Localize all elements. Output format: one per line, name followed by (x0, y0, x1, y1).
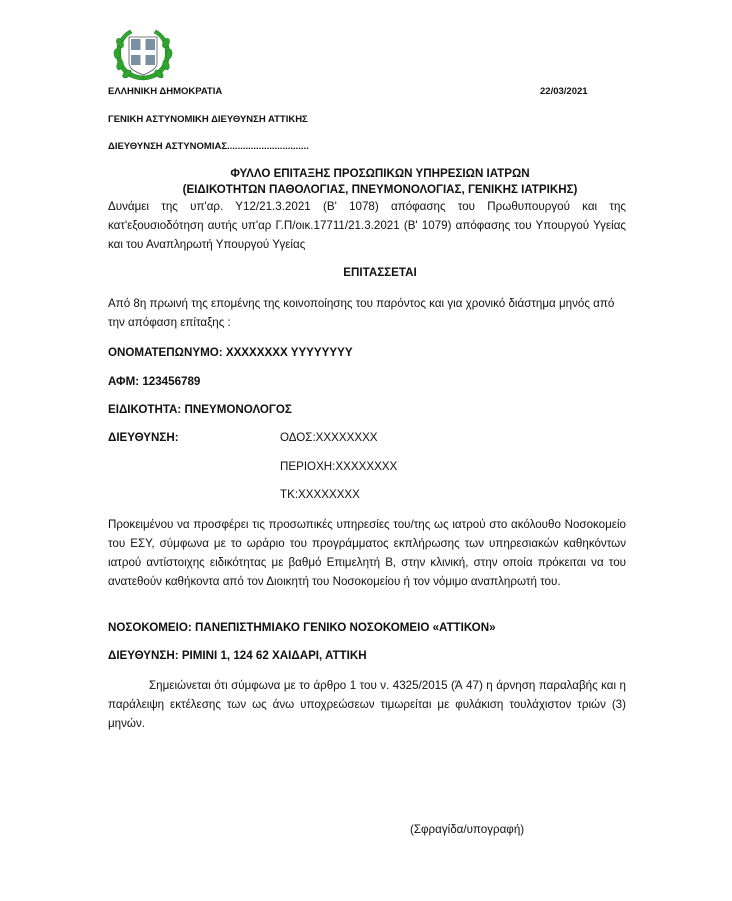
coat-of-arms-emblem (112, 27, 174, 83)
order-heading: ΕΠΙΤΑΣΣΕΤΑΙ (100, 266, 660, 279)
order-intro-paragraph: Από 8η πρωινή της επομένης της κοινοποίη… (108, 294, 633, 332)
penalty-note-paragraph: Σημειώνεται ότι σύμφωνα με το άρθρο 1 το… (108, 676, 626, 733)
name-label: ΟΝΟΜΑΤΕΠΩΝΥΜΟ: (108, 346, 223, 359)
preamble-paragraph: Δυνάμει της υπ'αρ. Υ12/21.3.2021 (Β' 107… (108, 197, 626, 254)
hospital-label: ΝΟΣΟΚΟΜΕΙΟ: (108, 621, 192, 634)
specialty-label: ΕΙΔΙΚΟΤΗΤΑ: (108, 403, 181, 416)
address-area: ΠΕΡΙΟΧΗ:XXXXXXXX (280, 460, 397, 473)
greek-emblem-icon (112, 27, 174, 83)
hospital-field: ΝΟΣΟΚΟΜΕΙΟ: ΠΑΝΕΠΙΣΤΗΜΙΑΚΟ ΓΕΝΙΚΟ ΝΟΣΟΚΟ… (108, 621, 496, 634)
afm-value: 123456789 (142, 375, 200, 388)
address-street: ΟΔΟΣ:XXXXXXXX (280, 431, 378, 444)
person-afm-field: ΑΦΜ: 123456789 (108, 375, 200, 388)
address-zip: ΤΚ:XXXXXXXX (280, 488, 360, 501)
name-value: XXXXXXXX YYYYYYYY (226, 346, 353, 359)
person-name-field: ΟΝΟΜΑΤΕΠΩΝΥΜΟ: XXXXXXXX YYYYYYYY (108, 346, 353, 359)
directorate-label: ΔΙΕΥΘΥΝΣΗ ΑΣΤΥΝΟΜΙΑΣ....................… (108, 141, 309, 152)
person-specialty-field: ΕΙΔΙΚΟΤΗΤΑ: ΠΝΕΥΜΟΝΟΛΟΓΟΣ (108, 403, 292, 416)
specialty-value: ΠΝΕΥΜΟΝΟΛΟΓΟΣ (185, 403, 292, 416)
afm-label: ΑΦΜ: (108, 375, 139, 388)
hospital-value: ΠΑΝΕΠΙΣΤΗΜΙΑΚΟ ΓΕΝΙΚΟ ΝΟΣΟΚΟΜΕΙΟ «ΑΤΤΙΚΟ… (195, 621, 496, 634)
signature-placeholder: (Σφραγίδα/υπογραφή) (410, 823, 524, 836)
title-line-1: ΦΥΛΛΟ ΕΠΙΤΑΞΗΣ ΠΡΟΣΩΠΙΚΩΝ ΥΠΗΡΕΣΙΩΝ ΙΑΤΡ… (100, 166, 660, 182)
purpose-paragraph: Προκειμένου να προσφέρει τις προσωπικές … (108, 515, 626, 591)
hospital-address-field: ΔΙΕΥΘΥΝΣΗ: ΡΙΜΙΝΙ 1, 124 62 ΧΑΙΔΑΡΙ, ΑΤΤ… (108, 649, 367, 662)
person-address-label: ΔΙΕΥΘΥΝΣΗ: (108, 431, 179, 444)
document-title: ΦΥΛΛΟ ΕΠΙΤΑΞΗΣ ΠΡΟΣΩΠΙΚΩΝ ΥΠΗΡΕΣΙΩΝ ΙΑΤΡ… (100, 166, 660, 198)
document-date: 22/03/2021 (540, 86, 588, 97)
hospital-address-value: ΡΙΜΙΝΙ 1, 124 62 ΧΑΙΔΑΡΙ, ΑΤΤΙΚΗ (182, 649, 367, 662)
title-line-2: (ΕΙΔΙΚΟΤΗΤΩΝ ΠΑΘΟΛΟΓΙΑΣ, ΠΝΕΥΜΟΝΟΛΟΓΙΑΣ,… (100, 182, 660, 198)
directorate-general-label: ΓΕΝΙΚΗ ΑΣΤΥΝΟΜΙΚΗ ΔΙΕΥΘΥΝΣΗ ΑΤΤΙΚΗΣ (108, 114, 308, 125)
republic-label: ΕΛΛΗΝΙΚΗ ΔΗΜΟΚΡΑΤΙΑ (108, 86, 222, 97)
hospital-address-label: ΔΙΕΥΘΥΝΣΗ: (108, 649, 179, 662)
